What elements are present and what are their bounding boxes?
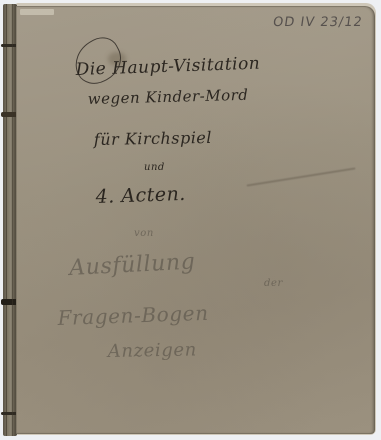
pencil-note-3: der <box>264 278 283 289</box>
title-line-3: für Kirchspiel <box>94 128 212 149</box>
pencil-note-4: Fragen-Bogen <box>57 301 209 330</box>
title-line-4: und <box>144 162 165 173</box>
notebook-cover: OD IV 23/12 Die Haupt-Visitation wegen K… <box>16 6 375 434</box>
pencil-note-2: Ausfüllung <box>69 249 196 281</box>
title-line-2: wegen Kinder-Mord <box>88 86 249 108</box>
stitched-spine <box>3 4 17 436</box>
archival-shelfmark: OD IV 23/12 <box>272 15 364 30</box>
pencil-note-1: von <box>134 228 154 239</box>
crease-mark <box>247 167 356 186</box>
document-scan: OD IV 23/12 Die Haupt-Visitation wegen K… <box>0 0 381 440</box>
pencil-note-5: Anzeigen <box>108 339 197 362</box>
tape-residue <box>20 9 54 15</box>
title-line-5: 4. Acten. <box>95 183 186 208</box>
